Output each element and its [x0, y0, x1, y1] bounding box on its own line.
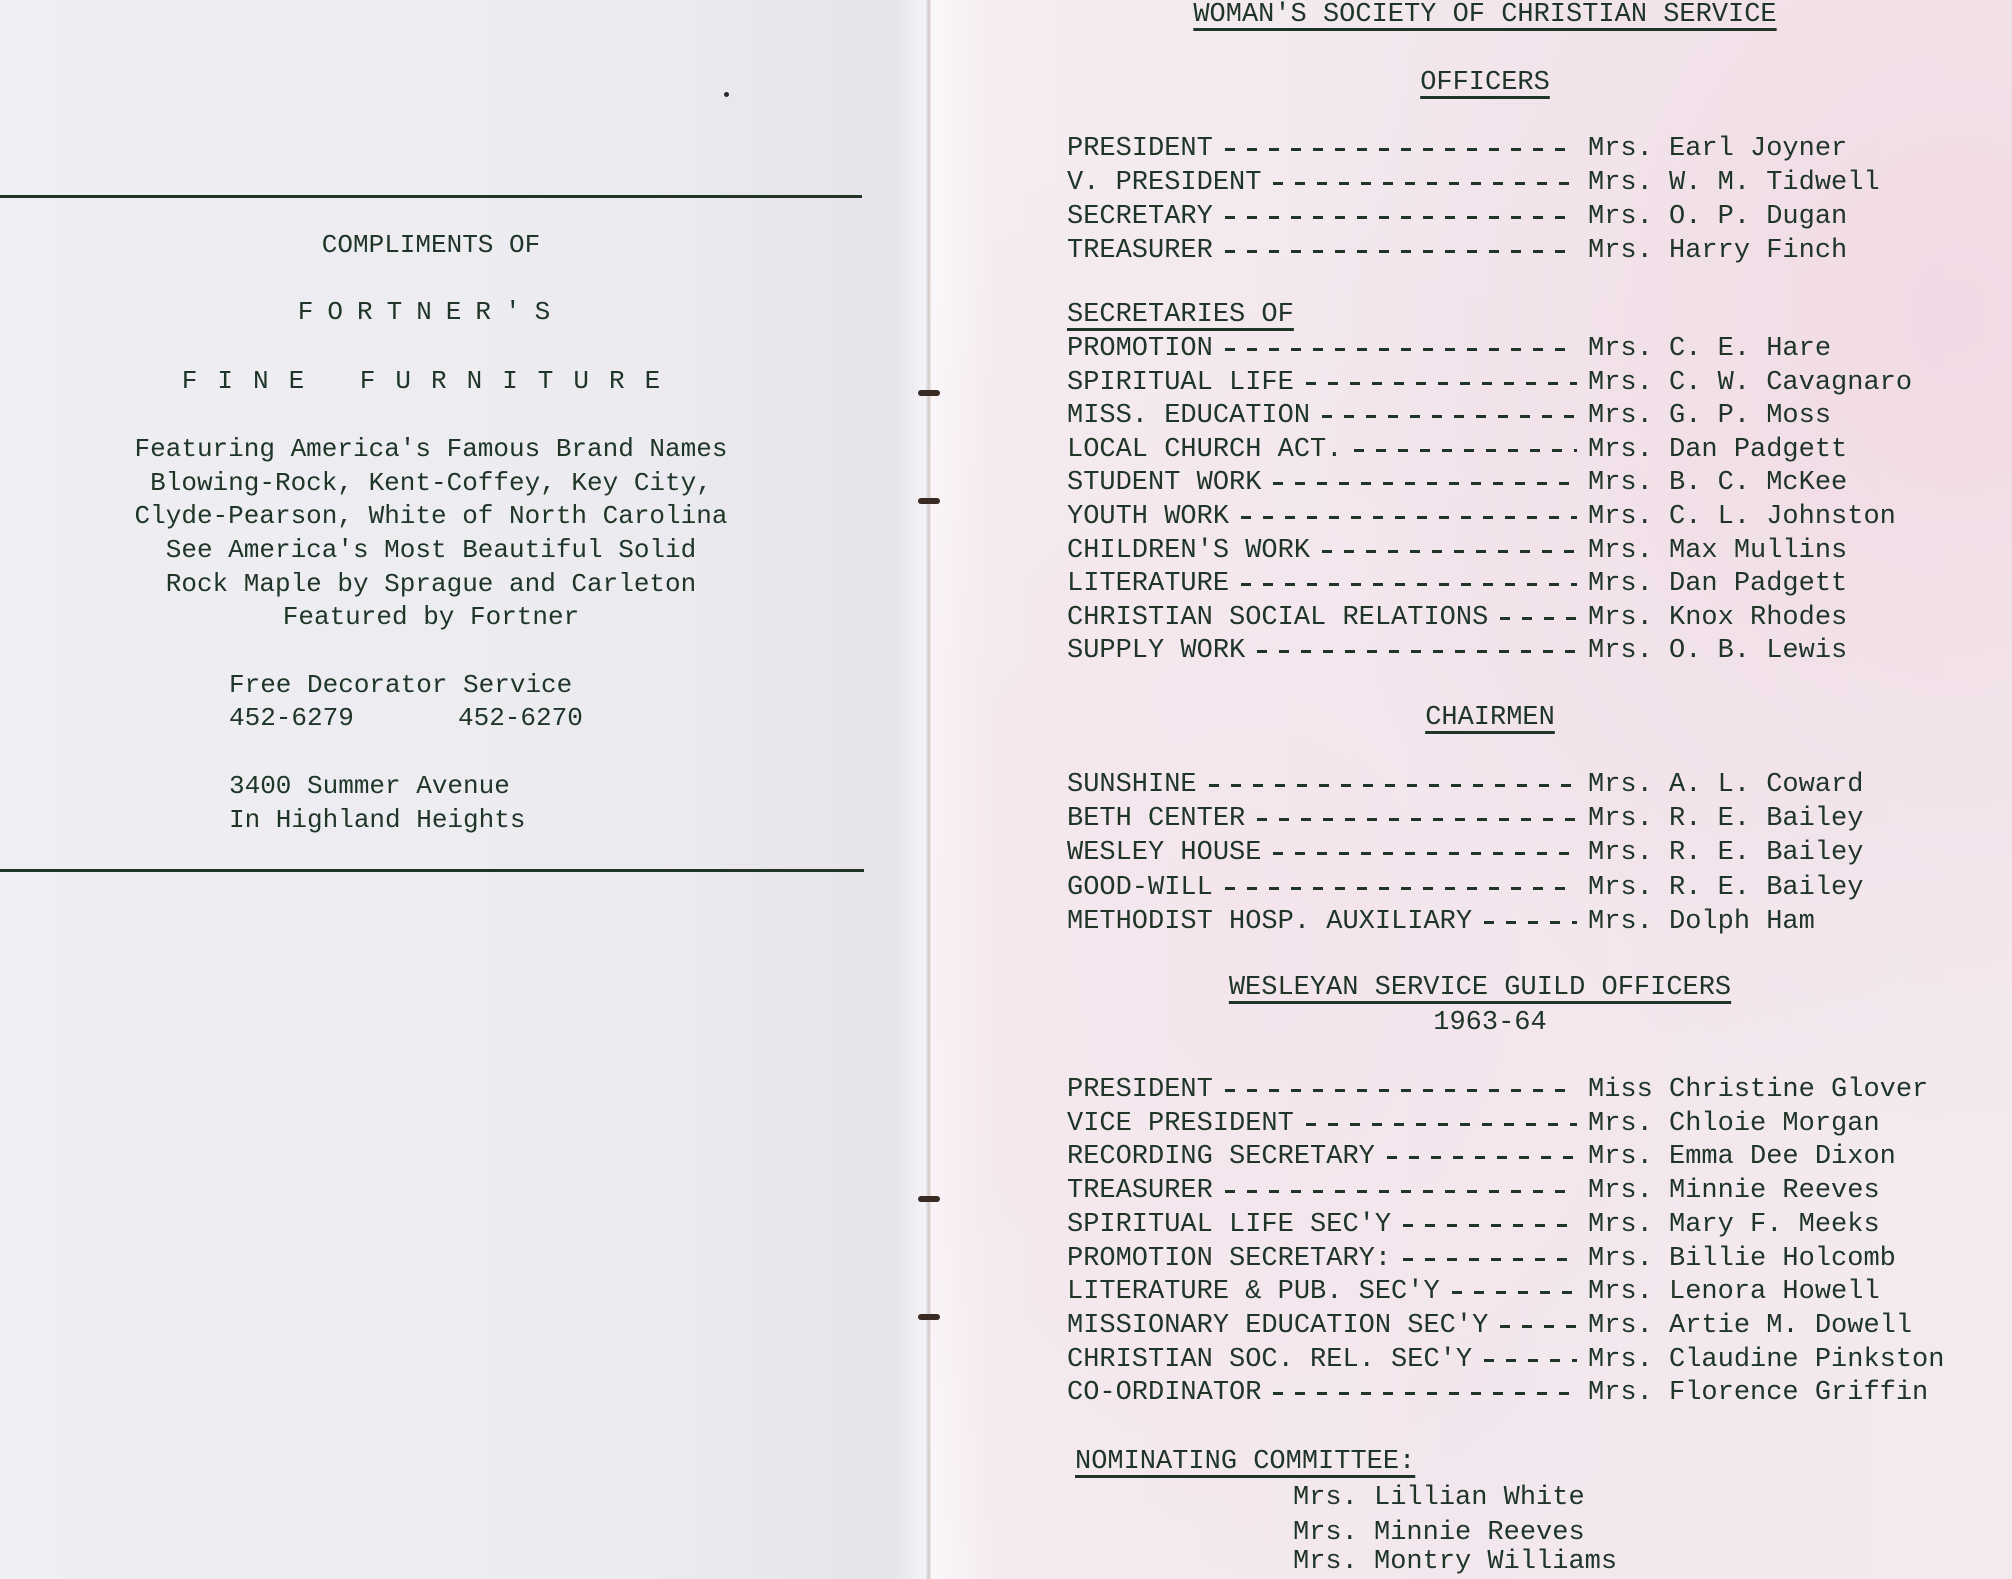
officer-row: LOCAL CHURCH ACT.Mrs. Dan Padgett — [1067, 435, 1967, 465]
address-line-2: In Highland Heights — [229, 805, 525, 835]
officer-row: STUDENT WORKMrs. B. C. McKee — [1067, 468, 1967, 498]
store-name: FORTNER'S — [0, 297, 862, 327]
officer-role: MISSIONARY EDUCATION SEC'Y — [1067, 1311, 1488, 1341]
brand-line: Clyde-Pearson, White of North Carolina — [0, 501, 862, 531]
officer-row: SUNSHINEMrs. A. L. Coward — [1067, 770, 1967, 800]
leader-dashes — [1257, 818, 1577, 821]
officer-name: Mrs. Artie M. Dowell — [1588, 1311, 1912, 1341]
officer-role: CHRISTIAN SOC. REL. SEC'Y — [1067, 1345, 1472, 1375]
officer-name: Mrs. C. E. Hare — [1588, 334, 1831, 364]
officer-row: WESLEY HOUSEMrs. R. E. Bailey — [1067, 838, 1967, 868]
officer-row: CHRISTIAN SOCIAL RELATIONSMrs. Knox Rhod… — [1067, 603, 1967, 633]
officer-role: PROMOTION — [1067, 334, 1213, 364]
leader-dashes — [1306, 1123, 1577, 1126]
phone-2: 452-6270 — [458, 703, 583, 733]
officer-row: CHRISTIAN SOC. REL. SEC'YMrs. Claudine P… — [1067, 1345, 1967, 1375]
officer-name: Mrs. Harry Finch — [1588, 236, 1847, 266]
store-tagline: FINE FURNITURE — [0, 366, 862, 396]
officer-name: Mrs. W. M. Tidwell — [1588, 168, 1880, 198]
nominating-heading: NOMINATING COMMITTEE: — [1075, 1447, 1415, 1477]
brand-line: Featuring America's Famous Brand Names — [0, 434, 862, 464]
brand-line: Blowing-Rock, Kent-Coffey, Key City, — [0, 468, 862, 498]
officer-row: VICE PRESIDENTMrs. Chloie Morgan — [1067, 1109, 1967, 1139]
officer-role: TREASURER — [1067, 236, 1213, 266]
leader-dashes — [1225, 887, 1577, 890]
officer-role: RECORDING SECRETARY — [1067, 1142, 1375, 1172]
officer-name: Mrs. Max Mullins — [1588, 536, 1847, 566]
officer-role: GOOD-WILL — [1067, 873, 1213, 903]
officer-row: RECORDING SECRETARYMrs. Emma Dee Dixon — [1067, 1142, 1967, 1172]
officer-row: MISSIONARY EDUCATION SEC'YMrs. Artie M. … — [1067, 1311, 1967, 1341]
officer-row: PRESIDENTMiss Christine Glover — [1067, 1075, 1967, 1105]
officer-name: Mrs. Dolph Ham — [1588, 907, 1815, 937]
leader-dashes — [1322, 550, 1577, 553]
officer-name: Mrs. Minnie Reeves — [1588, 1176, 1880, 1206]
officer-row: PROMOTION SECRETARY:Mrs. Billie Holcomb — [1067, 1244, 1967, 1274]
officer-role: SPIRITUAL LIFE — [1067, 368, 1294, 398]
officer-role: SECRETARY — [1067, 202, 1213, 232]
leader-dashes — [1225, 148, 1577, 151]
officer-name: Mrs. Claudine Pinkston — [1588, 1345, 1944, 1375]
officer-row: METHODIST HOSP. AUXILIARYMrs. Dolph Ham — [1067, 907, 1967, 937]
officer-row: CHILDREN'S WORKMrs. Max Mullins — [1067, 536, 1967, 566]
officer-role: LITERATURE & PUB. SEC'Y — [1067, 1277, 1440, 1307]
bottom-divider — [0, 869, 864, 872]
officer-role: PRESIDENT — [1067, 134, 1213, 164]
officer-name: Mrs. Billie Holcomb — [1588, 1244, 1896, 1274]
officer-row: LITERATURE & PUB. SEC'YMrs. Lenora Howel… — [1067, 1277, 1967, 1307]
officer-row: SPIRITUAL LIFE SEC'YMrs. Mary F. Meeks — [1067, 1210, 1967, 1240]
officer-role: WESLEY HOUSE — [1067, 838, 1261, 868]
officer-name: Mrs. G. P. Moss — [1588, 401, 1831, 431]
brand-line: Rock Maple by Sprague and Carleton — [0, 569, 862, 599]
officer-row: CO-ORDINATORMrs. Florence Griffin — [1067, 1378, 1967, 1408]
officer-role: SUPPLY WORK — [1067, 636, 1245, 666]
leader-dashes — [1241, 516, 1577, 519]
officer-role: CO-ORDINATOR — [1067, 1378, 1261, 1408]
leader-dashes — [1306, 382, 1577, 385]
officer-name: Mrs. C. W. Cavagnaro — [1588, 368, 1912, 398]
leader-dashes — [1225, 216, 1577, 219]
officers-heading: OFFICERS — [1380, 68, 1590, 98]
leader-dashes — [1500, 617, 1577, 620]
leader-dashes — [1273, 182, 1577, 185]
address-line-1: 3400 Summer Avenue — [229, 771, 510, 801]
leader-dashes — [1387, 1156, 1577, 1159]
leader-dashes — [1273, 852, 1577, 855]
leader-dashes — [1225, 348, 1577, 351]
leader-dashes — [1225, 1089, 1577, 1092]
officer-name: Mrs. Lenora Howell — [1588, 1277, 1880, 1307]
nominating-member: Mrs. Minnie Reeves — [1293, 1518, 1585, 1548]
officer-row: LITERATUREMrs. Dan Padgett — [1067, 569, 1967, 599]
officer-row: SECRETARYMrs. O. P. Dugan — [1067, 202, 1967, 232]
officer-name: Mrs. A. L. Coward — [1588, 770, 1863, 800]
officer-name: Mrs. Mary F. Meeks — [1588, 1210, 1880, 1240]
chairmen-heading: CHAIRMEN — [1380, 703, 1600, 733]
officer-row: V. PRESIDENTMrs. W. M. Tidwell — [1067, 168, 1967, 198]
officer-role: PROMOTION SECRETARY: — [1067, 1244, 1391, 1274]
staple-icon — [918, 1314, 940, 1320]
nominating-member: Mrs. Montry Williams — [1293, 1547, 1617, 1577]
leader-dashes — [1225, 1190, 1577, 1193]
leader-dashes — [1484, 1359, 1577, 1362]
staple-icon — [918, 390, 940, 396]
compliments-of: COMPLIMENTS OF — [0, 230, 862, 260]
officer-row: MISS. EDUCATIONMrs. G. P. Moss — [1067, 401, 1967, 431]
leader-dashes — [1322, 415, 1577, 418]
officer-row: TREASURERMrs. Minnie Reeves — [1067, 1176, 1967, 1206]
officer-name: Mrs. Earl Joyner — [1588, 134, 1847, 164]
officer-role: STUDENT WORK — [1067, 468, 1261, 498]
staple-icon — [918, 1196, 940, 1202]
officer-role: TREASURER — [1067, 1176, 1213, 1206]
officer-role: YOUTH WORK — [1067, 502, 1229, 532]
officer-row: PROMOTIONMrs. C. E. Hare — [1067, 334, 1967, 364]
leader-dashes — [1354, 449, 1577, 452]
officer-role: BETH CENTER — [1067, 804, 1245, 834]
officer-name: Mrs. Florence Griffin — [1588, 1378, 1928, 1408]
officer-row: YOUTH WORKMrs. C. L. Johnston — [1067, 502, 1967, 532]
leader-dashes — [1500, 1325, 1577, 1328]
officer-name: Mrs. B. C. McKee — [1588, 468, 1847, 498]
officer-name: Mrs. Dan Padgett — [1588, 569, 1847, 599]
staple-icon — [918, 498, 940, 504]
ink-speck — [724, 92, 729, 97]
nominating-member: Mrs. Lillian White — [1293, 1483, 1585, 1513]
decorator-service: Free Decorator Service — [229, 670, 572, 700]
leader-dashes — [1484, 921, 1577, 924]
officer-role: SPIRITUAL LIFE SEC'Y — [1067, 1210, 1391, 1240]
leader-dashes — [1452, 1291, 1577, 1294]
officer-role: MISS. EDUCATION — [1067, 401, 1310, 431]
officer-role: LOCAL CHURCH ACT. — [1067, 435, 1342, 465]
officer-role: SUNSHINE — [1067, 770, 1197, 800]
officer-name: Miss Christine Glover — [1588, 1075, 1928, 1105]
officer-name: Mrs. O. P. Dugan — [1588, 202, 1847, 232]
brand-line: Featured by Fortner — [0, 602, 862, 632]
officer-name: Mrs. R. E. Bailey — [1588, 873, 1863, 903]
leader-dashes — [1273, 482, 1577, 485]
officer-row: BETH CENTERMrs. R. E. Bailey — [1067, 804, 1967, 834]
leader-dashes — [1273, 1392, 1577, 1395]
officer-role: VICE PRESIDENT — [1067, 1109, 1294, 1139]
officer-row: TREASURERMrs. Harry Finch — [1067, 236, 1967, 266]
booklet-spine — [926, 0, 932, 1579]
officer-row: SUPPLY WORKMrs. O. B. Lewis — [1067, 636, 1967, 666]
officer-role: PRESIDENT — [1067, 1075, 1213, 1105]
officer-role: CHILDREN'S WORK — [1067, 536, 1310, 566]
officer-name: Mrs. Emma Dee Dixon — [1588, 1142, 1896, 1172]
phone-1: 452-6279 — [229, 703, 354, 733]
officer-name: Mrs. Chloie Morgan — [1588, 1109, 1880, 1139]
officer-name: Mrs. C. L. Johnston — [1588, 502, 1896, 532]
society-title: WOMAN'S SOCIETY OF CHRISTIAN SERVICE — [1180, 0, 1790, 30]
officer-role: LITERATURE — [1067, 569, 1229, 599]
officer-row: SPIRITUAL LIFEMrs. C. W. Cavagnaro — [1067, 368, 1967, 398]
guild-year: 1963-64 — [1380, 1008, 1600, 1038]
officer-role: CHRISTIAN SOCIAL RELATIONS — [1067, 603, 1488, 633]
guild-heading: WESLEYAN SERVICE GUILD OFFICERS — [1200, 973, 1760, 1003]
secretaries-heading: SECRETARIES OF — [1067, 300, 1294, 330]
leader-dashes — [1225, 250, 1577, 253]
officer-role: V. PRESIDENT — [1067, 168, 1261, 198]
officer-name: Mrs. R. E. Bailey — [1588, 838, 1863, 868]
leader-dashes — [1257, 650, 1577, 653]
leader-dashes — [1403, 1224, 1577, 1227]
officer-name: Mrs. Dan Padgett — [1588, 435, 1847, 465]
leader-dashes — [1403, 1258, 1577, 1261]
officer-name: Mrs. Knox Rhodes — [1588, 603, 1847, 633]
officer-name: Mrs. R. E. Bailey — [1588, 804, 1863, 834]
officer-row: GOOD-WILLMrs. R. E. Bailey — [1067, 873, 1967, 903]
leader-dashes — [1241, 583, 1577, 586]
brand-line: See America's Most Beautiful Solid — [0, 535, 862, 565]
officer-row: PRESIDENTMrs. Earl Joyner — [1067, 134, 1967, 164]
officer-name: Mrs. O. B. Lewis — [1588, 636, 1847, 666]
officer-role: METHODIST HOSP. AUXILIARY — [1067, 907, 1472, 937]
leader-dashes — [1209, 784, 1577, 787]
top-divider — [0, 195, 862, 198]
